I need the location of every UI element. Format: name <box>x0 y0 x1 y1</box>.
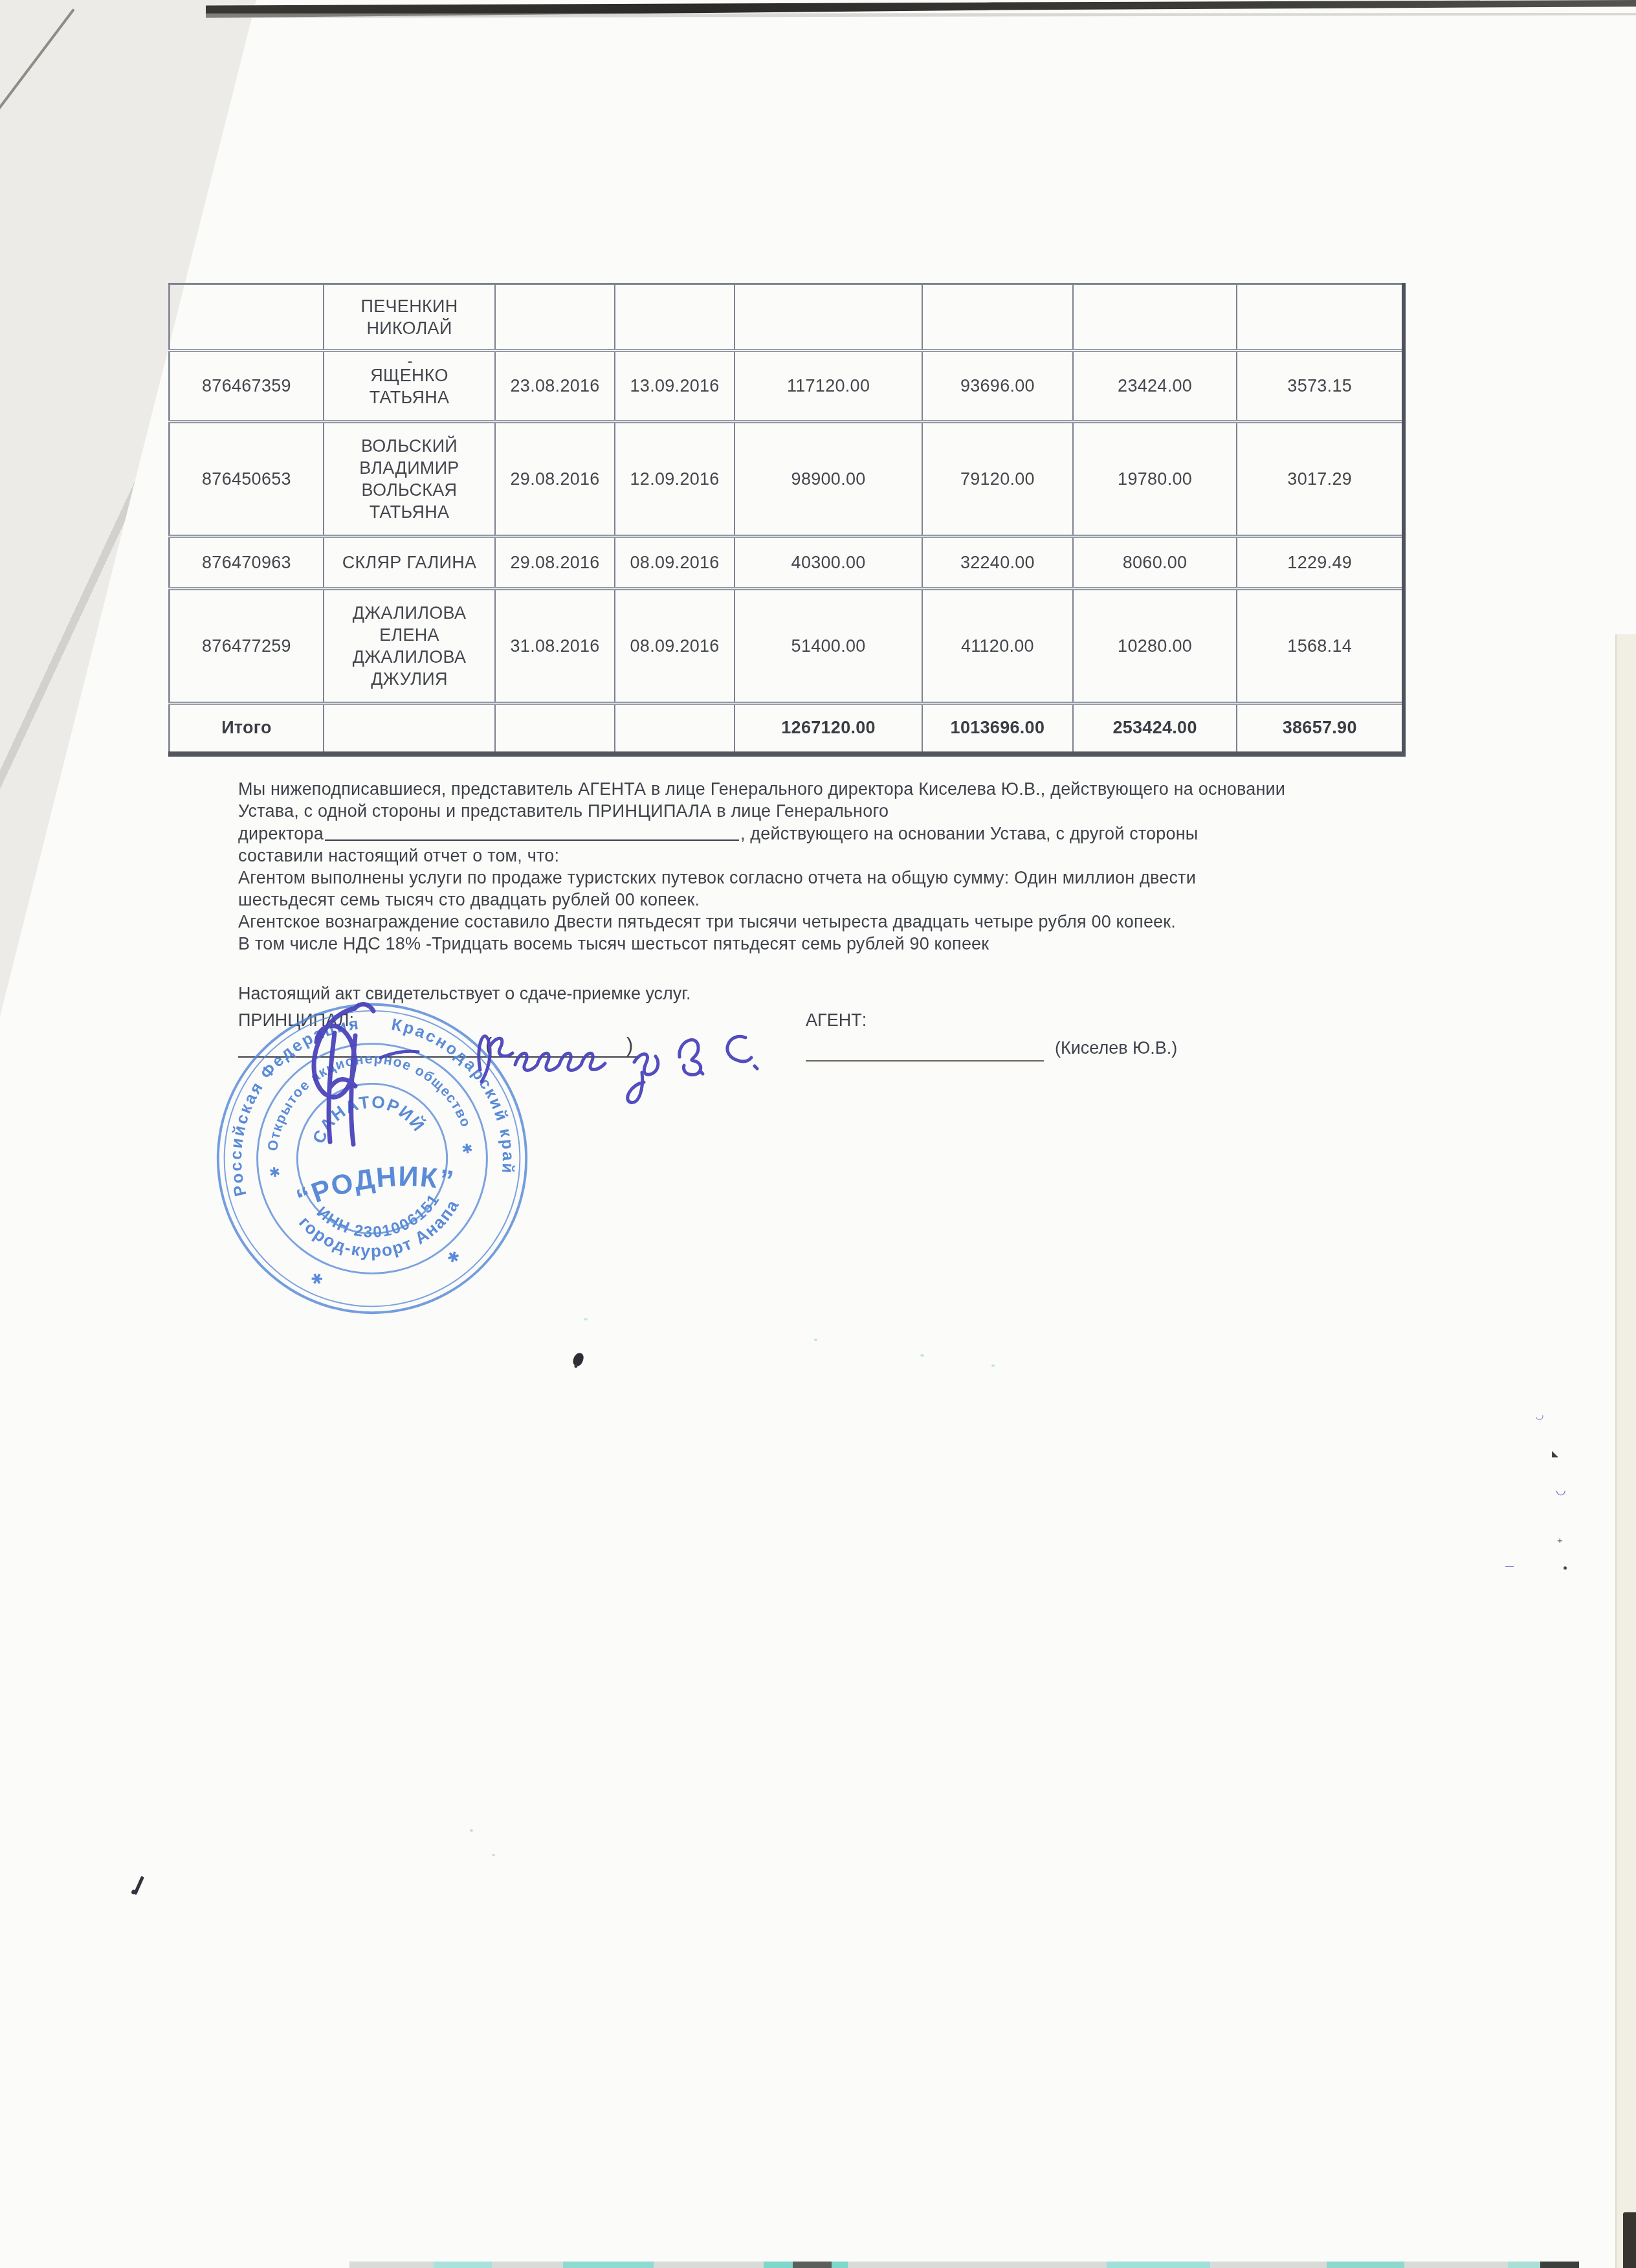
cell-amount-total: 51400.00 <box>735 589 922 704</box>
pen-check-mark: ◡ <box>1556 1484 1566 1497</box>
scan-right-edge-band <box>1615 634 1636 2268</box>
table-total-row: Итого 1267120.00 1013696.00 253424.00 38… <box>170 704 1404 754</box>
body-line-suffix: , действующего на основании Устава, с др… <box>740 824 1199 843</box>
agent-side-handwritten-signature <box>471 999 764 1107</box>
scan-strip-segment <box>1327 2262 1404 2268</box>
cell-amount-vat: 3017.29 <box>1237 422 1404 537</box>
cell-empty <box>495 704 615 754</box>
pen-dash-mark: — <box>1505 1561 1514 1571</box>
cyan-speck <box>920 1354 924 1357</box>
body-line-prefix: директора <box>238 824 324 843</box>
principal-handwritten-signature <box>258 995 472 1153</box>
cell-voucher-id <box>170 284 324 351</box>
cell-amount-vat: 1229.49 <box>1237 537 1404 589</box>
ink-slash-mark <box>133 1876 144 1895</box>
cell-amount-fee: 10280.00 <box>1073 589 1237 704</box>
dot-speck <box>1564 1566 1567 1570</box>
cell-amount-vat: 3573.15 <box>1237 351 1404 422</box>
cell-amount-net: 32240.00 <box>922 537 1073 589</box>
cyan-speck <box>814 1339 817 1341</box>
cell-amount-total <box>735 284 922 351</box>
cell-date-to: 13.09.2016 <box>615 351 735 422</box>
cell-date-from: 29.08.2016 <box>495 537 615 589</box>
cell-date-from: 29.08.2016 <box>495 422 615 537</box>
cell-voucher-id: 876450653 <box>170 422 324 537</box>
scan-strip-segment <box>1540 2262 1579 2268</box>
body-line: Устава, с одной стороны и представитель … <box>238 800 1377 822</box>
cell-tourist-name: ДЖАЛИЛОВА ЕЛЕНА ДЖАЛИЛОВА ДЖУЛИЯ <box>324 589 495 704</box>
cell-amount-net: 93696.00 <box>922 351 1073 422</box>
dark-speck: ◣ <box>1552 1449 1558 1459</box>
body-line: директора, действующего на основании Уст… <box>238 822 1377 845</box>
table-row: 876477259 ДЖАЛИЛОВА ЕЛЕНА ДЖАЛИЛОВА ДЖУЛ… <box>170 589 1404 704</box>
body-line: Агентом выполнены услуги по продаже тури… <box>238 867 1377 889</box>
cell-amount-fee <box>1073 284 1237 351</box>
cell-date-to: 12.09.2016 <box>615 422 735 537</box>
scan-strip-segment <box>1508 2262 1573 2268</box>
total-label: Итого <box>170 704 324 754</box>
scan-strip-segment <box>1107 2262 1210 2268</box>
scan-top-edge-shadow <box>206 0 1636 19</box>
cell-amount-total: 117120.00 <box>735 351 922 422</box>
total-amount-fee: 253424.00 <box>1073 704 1237 754</box>
stamp-star: ✱ <box>444 1247 464 1267</box>
pen-tick-mark: ◡ <box>1533 1408 1545 1422</box>
ink-speck <box>572 1351 585 1367</box>
cell-date-from: 23.08.2016 <box>495 351 615 422</box>
agent-signature-line <box>806 1039 1044 1062</box>
scan-top-edge-soft <box>206 13 1636 18</box>
scan-strip-segment <box>764 2262 848 2268</box>
cell-voucher-id: 876467359 <box>170 351 324 422</box>
cell-amount-total: 98900.00 <box>735 422 922 537</box>
agent-signatory-name: (Киселев Ю.В.) <box>1055 1038 1177 1058</box>
scan-bottom-right-corner <box>1623 2212 1636 2268</box>
cell-amount-fee: 19780.00 <box>1073 422 1237 537</box>
grey-speck <box>408 361 412 363</box>
cell-empty <box>615 704 735 754</box>
cell-date-to: 08.09.2016 <box>615 537 735 589</box>
scan-strip-segment <box>563 2262 654 2268</box>
grey-speck <box>492 1854 495 1856</box>
cell-date-to <box>615 284 735 351</box>
cross-speck: + <box>1557 1535 1563 1546</box>
cyan-speck <box>991 1364 995 1367</box>
cell-amount-fee: 8060.00 <box>1073 537 1237 589</box>
agent-label: АГЕНТ: <box>806 1010 867 1030</box>
cell-date-from: 31.08.2016 <box>495 589 615 704</box>
total-amount-net: 1013696.00 <box>922 704 1073 754</box>
director-name-blank <box>325 822 739 841</box>
body-line: Мы нижеподписавшиеся, представитель АГЕН… <box>238 778 1377 800</box>
scanned-agent-report-page: { "colors": { "stamp_blue": "#4d82d6", "… <box>0 0 1636 2268</box>
cell-tourist-name: СКЛЯР ГАЛИНА <box>324 537 495 589</box>
paper-corner-crease <box>0 8 75 113</box>
cell-amount-fee: 23424.00 <box>1073 351 1237 422</box>
total-amount-vat: 38657.90 <box>1237 704 1404 754</box>
cell-date-to: 08.09.2016 <box>615 589 735 704</box>
scan-bottom-edge-strip <box>349 2262 1579 2268</box>
total-amount-total: 1267120.00 <box>735 704 922 754</box>
cell-voucher-id: 876477259 <box>170 589 324 704</box>
table-row: 876467359 ЯЩЕНКО ТАТЬЯНА 23.08.2016 13.0… <box>170 351 1404 422</box>
body-line: Агентское вознаграждение составило Двест… <box>238 911 1377 933</box>
cell-amount-total: 40300.00 <box>735 537 922 589</box>
cell-voucher-id: 876470963 <box>170 537 324 589</box>
cell-tourist-name: ПЕЧЕНКИН НИКОЛАЙ <box>324 284 495 351</box>
table-row: 876450653 ВОЛЬСКИЙ ВЛАДИМИР ВОЛЬСКАЯ ТАТ… <box>170 422 1404 537</box>
body-line: составили настоящий отчет о том, что: <box>238 845 1377 867</box>
cell-amount-net: 41120.00 <box>922 589 1073 704</box>
cell-date-from <box>495 284 615 351</box>
cell-empty <box>324 704 495 754</box>
cyan-speck <box>584 1318 588 1320</box>
scan-strip-segment <box>434 2262 492 2268</box>
cell-amount-vat: 1568.14 <box>1237 589 1404 704</box>
report-body-text: Мы нижеподписавшиеся, представитель АГЕН… <box>238 778 1377 955</box>
body-line: В том числе НДС 18% -Тридцать восемь тыс… <box>238 933 1377 955</box>
stamp-star: ✱ <box>268 1164 281 1181</box>
grey-speck <box>470 1829 473 1832</box>
stamp-star: ✱ <box>307 1269 326 1289</box>
body-line: шестьдесят семь тысяч сто двадцать рубле… <box>238 889 1377 911</box>
table-row: 876470963 СКЛЯР ГАЛИНА 29.08.2016 08.09.… <box>170 537 1404 589</box>
scan-strip-segment <box>793 2262 832 2268</box>
cell-amount-net: 79120.00 <box>922 422 1073 537</box>
table-row: ПЕЧЕНКИН НИКОЛАЙ <box>170 284 1404 351</box>
cell-tourist-name: ВОЛЬСКИЙ ВЛАДИМИР ВОЛЬСКАЯ ТАТЬЯНА <box>324 422 495 537</box>
cell-amount-vat <box>1237 284 1404 351</box>
cell-amount-net <box>922 284 1073 351</box>
services-report-table: ПЕЧЕНКИН НИКОЛАЙ 876467359 ЯЩЕНКО ТАТЬЯН… <box>168 283 1406 757</box>
